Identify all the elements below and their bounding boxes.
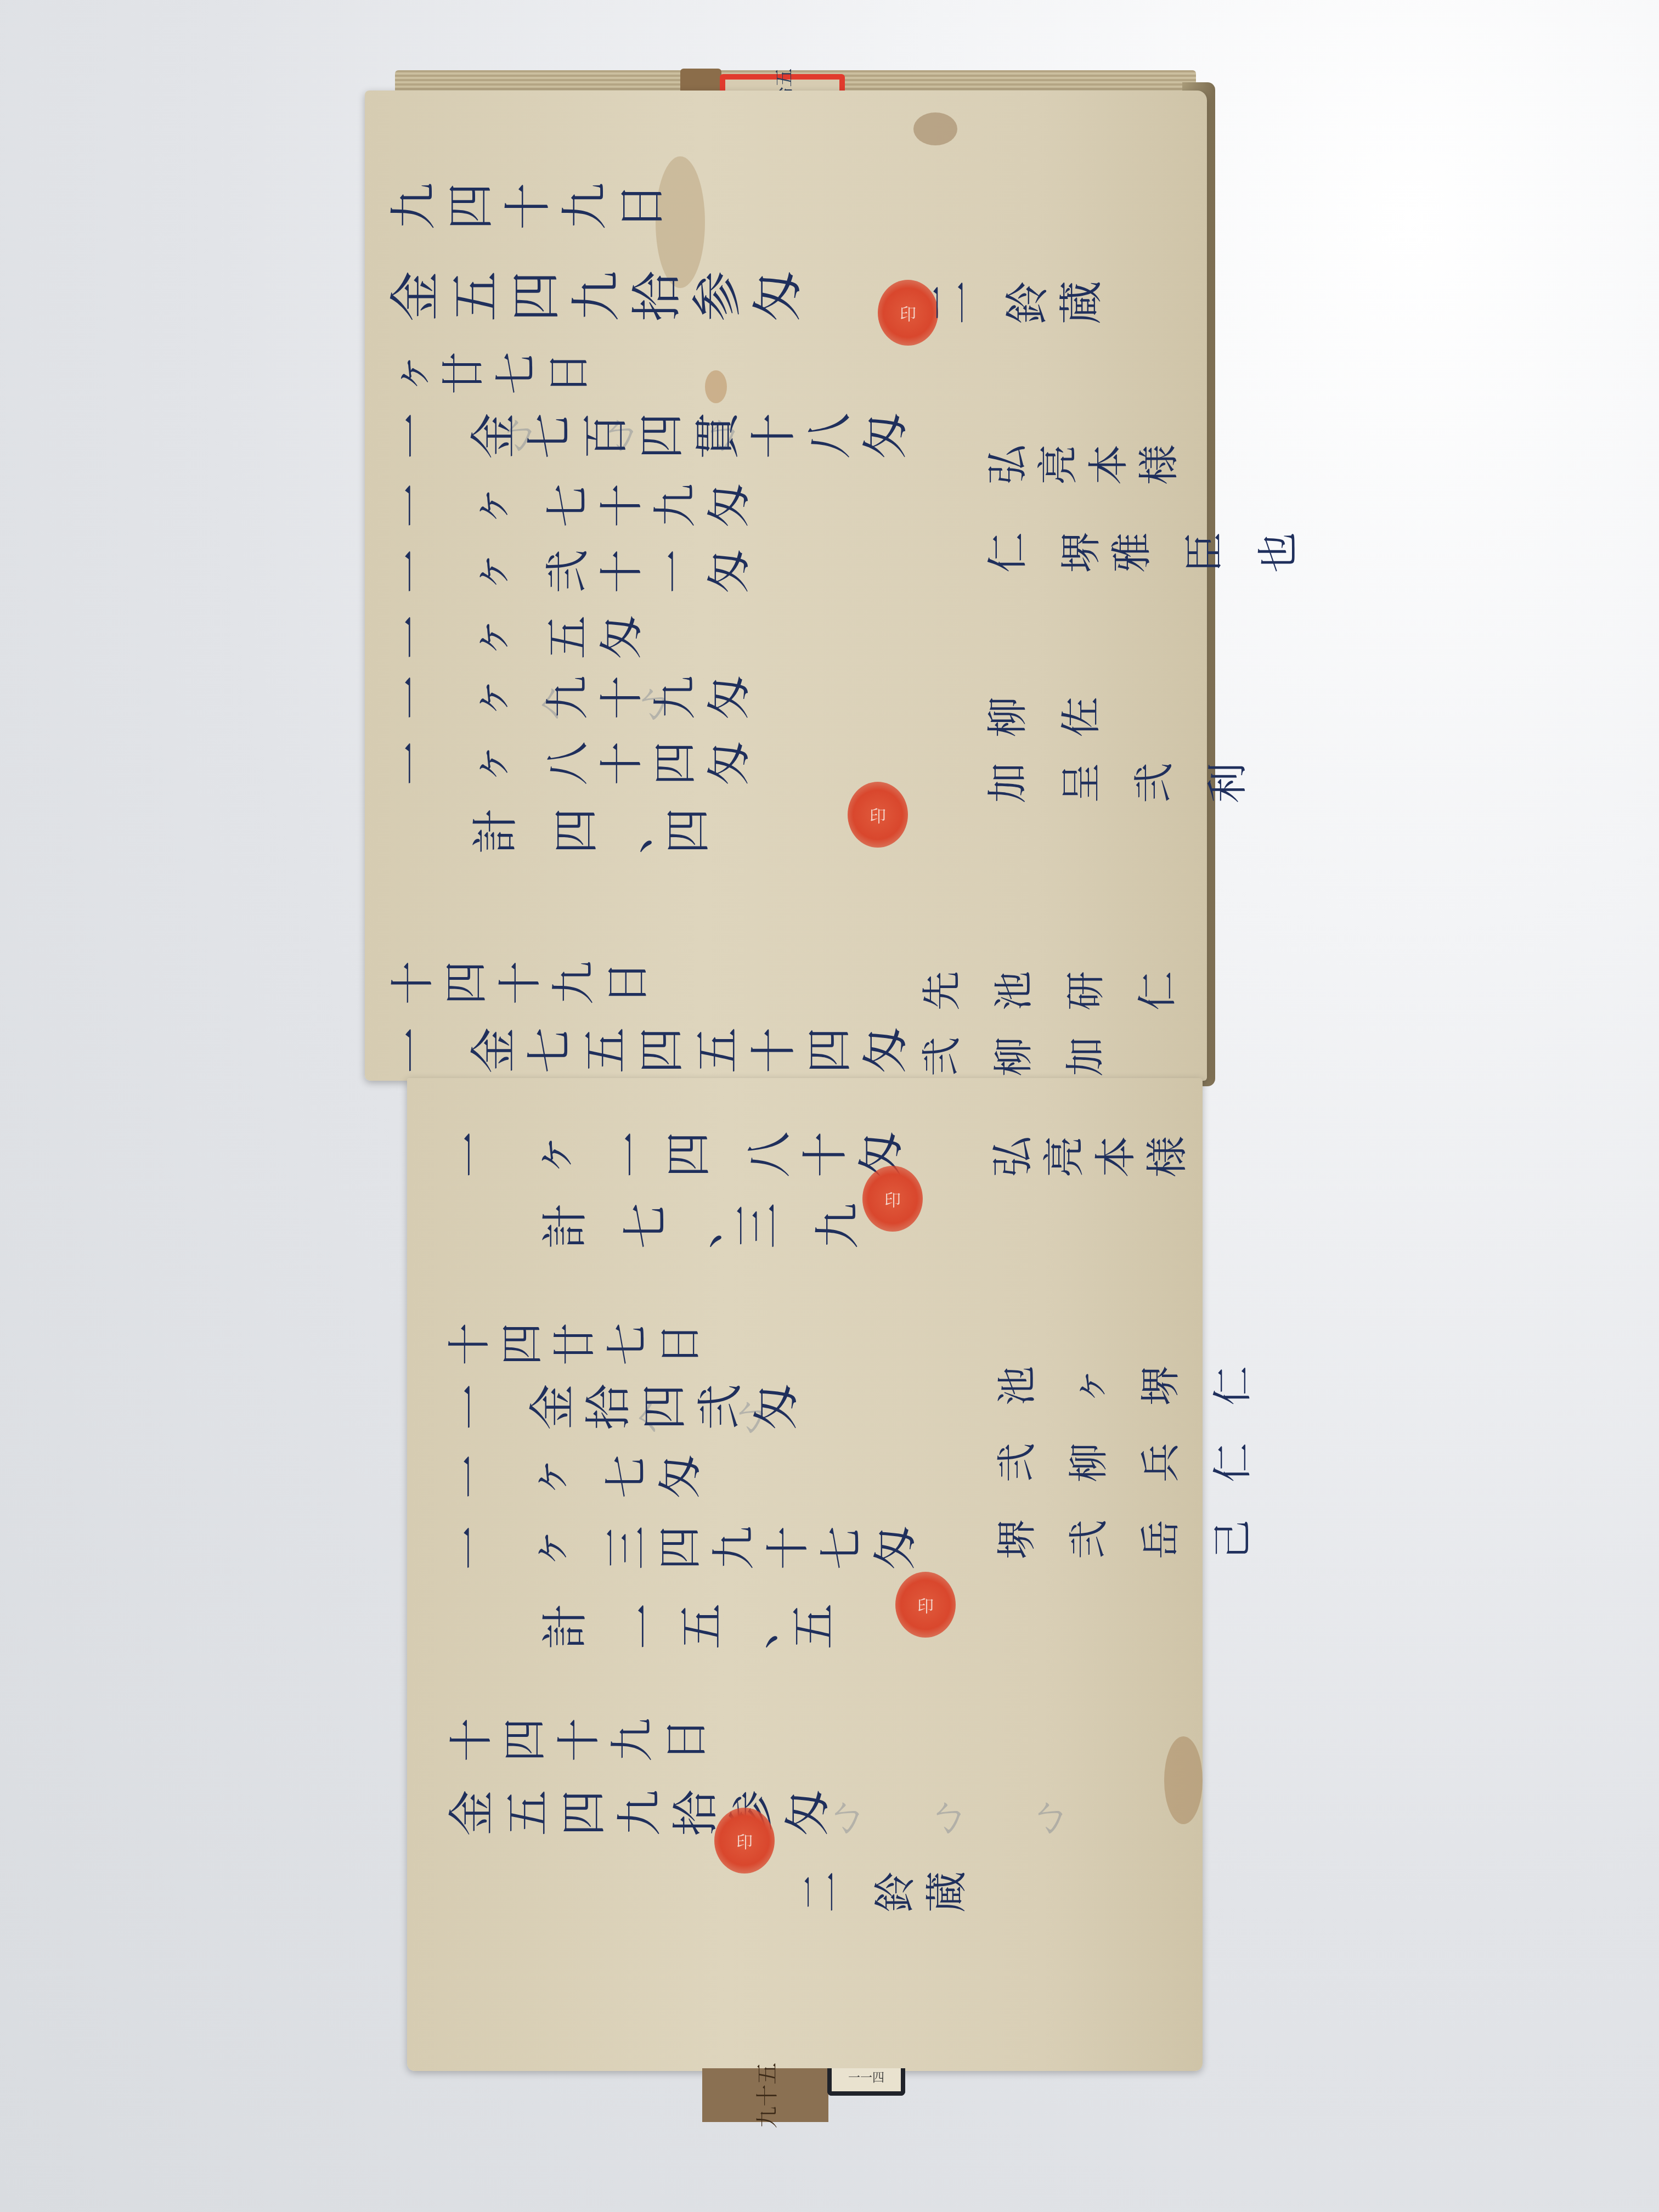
- entry-line: 一 金七百四貫十八匁: [381, 398, 910, 464]
- entry-total: 計 七、三 九: [533, 1188, 862, 1254]
- entry-date: 十四十九日: [440, 1703, 709, 1767]
- seal-glyph: 印: [884, 1187, 901, 1211]
- bottom-tab-text: 九十五: [750, 2062, 781, 2128]
- bleed-through-text: ㄅ ㄅ ㄅ: [824, 1780, 1093, 1843]
- entry-line: 一 ヶ 七匁: [440, 1440, 703, 1503]
- seal-glyph: 印: [917, 1593, 934, 1617]
- entry-line: 一 金七五四五十四匁: [381, 1012, 910, 1079]
- entry-note: 弘亮本様: [983, 1122, 1189, 1182]
- entry-line: 一 ヶ 八十四匁: [381, 727, 752, 790]
- upper-page[interactable]: ㄅ ㄅ ㄅ ㄑ ㄅ 九四十九日 金五四九拾参匁 印 二 鈴蔵 ヶ廿七日 一 金七…: [365, 91, 1207, 1081]
- lower-page[interactable]: ㄑ ㄅ ㄅ ㄅ ㄅ 一 ヶ 一四 八十匁 計 七、三 九 印 弘亮本様 十四廿七…: [407, 1078, 1203, 2071]
- entry-line: 一 ヶ 五匁: [381, 601, 644, 664]
- entry-note: 弘亮本様: [979, 431, 1181, 489]
- entry-note: 弐 柳 加: [913, 1023, 1107, 1080]
- entry-date: ヶ廿七日: [381, 337, 592, 399]
- bottom-index-tab-2: 一一四: [827, 2068, 905, 2096]
- entry-date: 九四十九日: [381, 167, 667, 235]
- bottom-tab-2-text: 一一四: [848, 2071, 884, 2085]
- seal-glyph: 印: [736, 1829, 753, 1853]
- entry-total: 計 四、四: [464, 793, 712, 859]
- entry-line: 一 ヶ 一四 八十匁: [440, 1116, 905, 1183]
- rust-spot: [1164, 1736, 1203, 1824]
- red-seal-stamp: 印: [714, 1808, 775, 1874]
- red-seal-stamp: 印: [895, 1572, 956, 1638]
- entry-line: 一 ヶ 九十九匁: [381, 661, 752, 724]
- entry-recipient: 二 鈴蔵: [791, 1857, 969, 1917]
- red-seal-stamp: 印: [848, 782, 908, 848]
- entry-amount-line: 金五四九拾参匁: [381, 255, 804, 328]
- entry-note: 池 ヶ 堺 仁: [989, 1352, 1254, 1409]
- entry-line: 一 金拾四弐匁: [440, 1369, 800, 1435]
- entry-note: 柳 佐: [979, 683, 1103, 741]
- entry-note: 先 池 研 仁: [913, 957, 1178, 1014]
- entry-date: 十四十九日: [381, 946, 650, 1009]
- entry-line: 一 ヶ 七十九匁: [381, 469, 752, 532]
- entry-date: 十四廿七日: [440, 1308, 703, 1370]
- seal-glyph: 印: [870, 803, 886, 827]
- entry-note: 弐 柳 兵 仁: [989, 1429, 1254, 1486]
- bottom-index-tab: 九十五: [702, 2068, 828, 2122]
- entry-note: 仁 堺雅 臣 也: [979, 518, 1300, 577]
- entry-line: 一 ヶ 三四九十七匁: [440, 1511, 918, 1575]
- entry-total: 計 一五、五: [533, 1588, 838, 1655]
- entry-note: 堺 弐 岳 己: [989, 1506, 1254, 1563]
- entry-line: 一 ヶ 弐十一匁: [381, 535, 752, 598]
- seal-glyph: 印: [900, 301, 916, 325]
- red-seal-stamp: 印: [862, 1166, 923, 1232]
- entry-recipient: 二 鈴蔵: [919, 266, 1104, 329]
- ink-stain: [913, 112, 957, 145]
- entry-note: 加 呈 弐 利: [979, 749, 1250, 807]
